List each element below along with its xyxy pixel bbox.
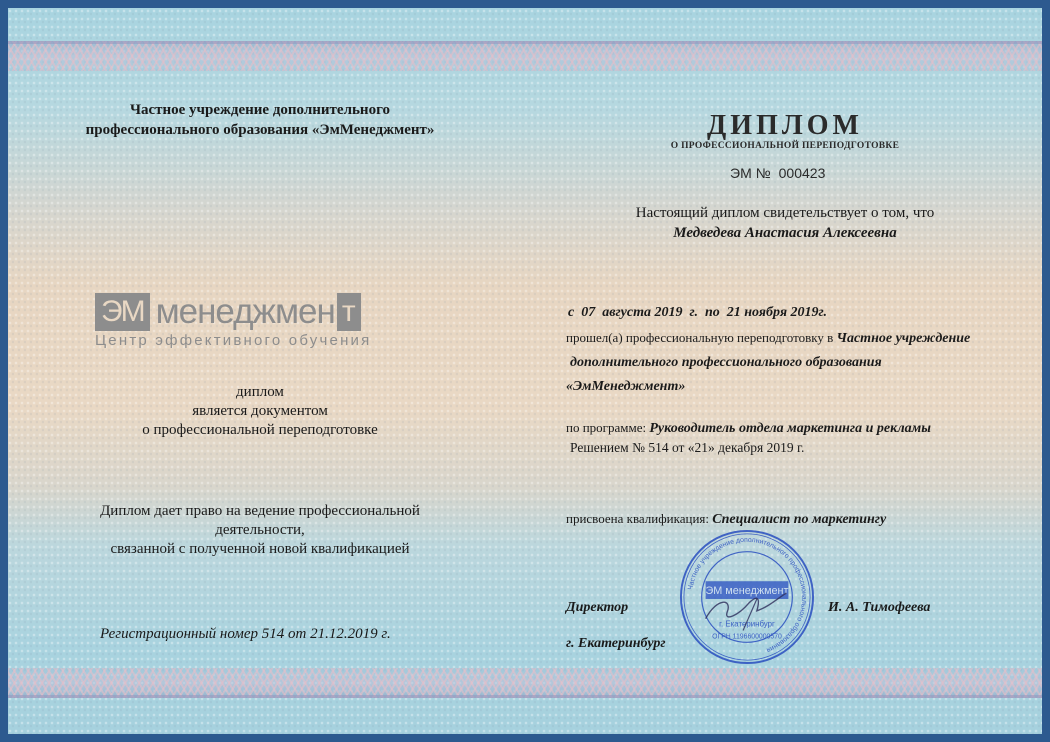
logo-last-letter: т bbox=[337, 293, 361, 331]
decorative-band-bottom bbox=[8, 668, 1042, 698]
statement-line: является документом bbox=[0, 402, 520, 421]
svg-text:ЭМ менеджмент: ЭМ менеджмент bbox=[705, 585, 788, 597]
document-statement: диплом является документом о профессиона… bbox=[0, 383, 520, 440]
director-label: Директор bbox=[566, 600, 628, 616]
logo-tagline: Центр эффективного обучения bbox=[95, 332, 371, 349]
qualification-name: Специалист по маркетингу bbox=[712, 512, 886, 527]
institution-line-2: профессионального образования «ЭмМенеджм… bbox=[0, 120, 520, 140]
rights-line: связанной с полученной новой квалификаци… bbox=[0, 540, 520, 559]
completed-prefix: прошел(а) профессиональную переподготовк… bbox=[566, 330, 837, 345]
decorative-band-top bbox=[8, 41, 1042, 71]
program-name: Руководитель отдела маркетинга и рекламы bbox=[649, 421, 931, 436]
diploma-title: ДИПЛОМ bbox=[640, 110, 930, 142]
statement-line: диплом bbox=[0, 383, 520, 402]
decision-line: Решением № 514 от «21» декабря 2019 г. bbox=[570, 440, 804, 456]
program-line: по программе: Руководитель отдела маркет… bbox=[566, 420, 931, 437]
org-name-part-2: дополнительного профессионального образо… bbox=[570, 355, 882, 371]
statement-line: о профессиональной переподготовке bbox=[0, 421, 520, 440]
org-name-part-1: Частное учреждение bbox=[837, 331, 971, 346]
completed-line: прошел(а) профессиональную переподготовк… bbox=[566, 330, 970, 347]
graduate-name: Медведева Анастасия Алексеевна bbox=[570, 225, 1000, 242]
org-name-part-3: «ЭмМенеджмент» bbox=[566, 379, 685, 395]
registration-number: Регистрационный номер 514 от 21.12.2019 … bbox=[100, 626, 391, 643]
logo-word: менеджмен bbox=[150, 293, 335, 331]
diploma-subtitle: о профессиональной переподготовке bbox=[640, 141, 930, 151]
company-logo: ЭМ менеджмен т Центр эффективного обучен… bbox=[95, 293, 430, 348]
program-prefix: по программе: bbox=[566, 420, 649, 435]
logo-mark: ЭМ bbox=[95, 293, 150, 331]
city: г. Екатеринбург bbox=[566, 636, 666, 652]
number-label: ЭМ № bbox=[730, 165, 771, 181]
diploma-frame: Частное учреждение дополнительного профе… bbox=[0, 0, 1050, 742]
number-value: 000423 bbox=[779, 165, 826, 181]
rights-statement: Диплом дает право на ведение профессиона… bbox=[0, 502, 520, 559]
diploma-number: ЭМ №000423 bbox=[730, 165, 825, 181]
rights-line: Диплом дает право на ведение профессиона… bbox=[0, 502, 520, 521]
institution-name: Частное учреждение дополнительного профе… bbox=[0, 100, 520, 140]
seal-stamp-icon: Частное учреждение дополнительного профе… bbox=[678, 528, 816, 666]
qualification-prefix: присвоена квалификация: bbox=[566, 511, 712, 526]
institution-line-1: Частное учреждение дополнительного bbox=[0, 100, 520, 120]
study-period: с 07 августа 2019 г. по 21 ноября 2019г. bbox=[568, 305, 827, 321]
qualification-line: присвоена квалификация: Специалист по ма… bbox=[566, 511, 886, 528]
certifies-text: Настоящий диплом свидетельствует о том, … bbox=[570, 204, 1000, 223]
rights-line: деятельности, bbox=[0, 521, 520, 540]
svg-text:ОГРН 1196600000570: ОГРН 1196600000570 bbox=[712, 633, 782, 640]
director-name: И. А. Тимофеева bbox=[828, 600, 930, 616]
